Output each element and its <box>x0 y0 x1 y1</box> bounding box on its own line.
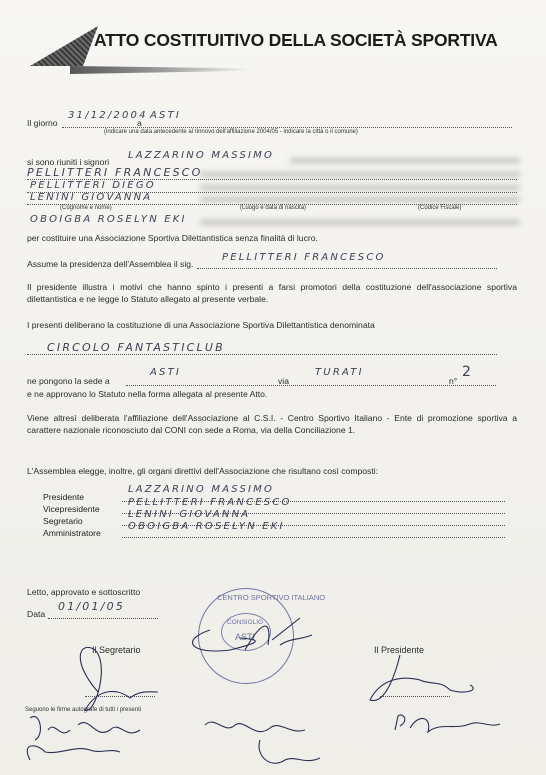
redacted-data <box>200 185 520 190</box>
seat-number: 2 <box>462 364 473 380</box>
member-name: LENINI GIOVANNA <box>30 192 152 203</box>
date-line-dots <box>62 127 512 128</box>
title-banner: ATTO COSTITUITIVO DELLA SOCIETÀ SPORTIVA <box>30 22 530 82</box>
tax-code-column-label: (Codice Fiscale) <box>418 205 461 211</box>
association-name: CIRCOLO FANTASTICLUB <box>47 341 225 354</box>
document-page: ATTO COSTITUITIVO DELLA SOCIETÀ SPORTIVA… <box>0 0 546 775</box>
officer-role: Presidente <box>43 492 84 502</box>
presidency-value: PELLITTERI FRANCESCO <box>222 252 386 263</box>
member-name: PELLITTERI DIEGO <box>30 180 156 191</box>
member-signature <box>395 715 500 732</box>
title-wedge-decoration <box>30 26 98 66</box>
redacted-data <box>200 197 520 202</box>
seat-city: ASTI <box>150 367 181 378</box>
officer-role: Segretario <box>43 516 83 526</box>
member-name: OBOIGBA ROSELYN EKI <box>30 214 187 225</box>
deliberate-text: I presenti deliberano la costituzione di… <box>27 320 375 330</box>
place-label: a <box>137 118 142 128</box>
member-name: PELLITTERI FRANCESCO <box>27 166 203 179</box>
officer-name: OBOIGBA ROSELYN EKI <box>128 521 285 532</box>
redacted-data <box>200 172 520 177</box>
secretary-signature <box>80 647 158 710</box>
place-value: ASTI <box>150 110 181 121</box>
affiliation-paragraph: Viene altresì deliberata l'affiliazione … <box>27 412 517 436</box>
name-column-label: (Cognome e nome) <box>60 205 112 211</box>
member-signature <box>259 740 320 763</box>
redacted-data <box>200 220 520 225</box>
number-label: n° <box>449 376 457 386</box>
date-label: Il giorno <box>27 118 58 128</box>
member-signature <box>27 746 120 760</box>
approval-text: e ne approvano lo Statuto nella forma al… <box>27 389 267 399</box>
purpose-text: per costituire una Associazione Sportiva… <box>27 233 318 243</box>
member-signature <box>30 716 140 740</box>
officer-name: LAZZARINO MASSIMO <box>128 484 274 495</box>
birth-column-label: (Luogo e data di nascita) <box>240 205 306 211</box>
presidency-label: Assume la presidenza dell'Assemblea il s… <box>27 259 193 269</box>
association-name-dots <box>27 354 497 355</box>
handwritten-signatures <box>0 580 546 775</box>
president-paragraph: Il presidente illustra i motivi che hann… <box>27 281 517 305</box>
bodies-text: L'Assemblea elegge, inoltre, gli organi … <box>27 466 378 476</box>
officer-name: PELLITTERI FRANCESCO <box>128 497 292 508</box>
document-title: ATTO COSTITUITIVO DELLA SOCIETÀ SPORTIVA <box>94 30 498 51</box>
member-signature <box>205 722 305 732</box>
redacted-data <box>290 158 520 163</box>
presidency-dots <box>197 268 497 269</box>
officer-dots <box>122 537 505 538</box>
stamp-signature-stroke <box>245 618 312 650</box>
title-swoosh-decoration <box>70 66 250 74</box>
president-signature <box>370 655 473 701</box>
date-hint: (indicare una data antecedente al rinnov… <box>104 129 358 135</box>
member-name: LAZZARINO MASSIMO <box>128 150 274 161</box>
street-label: via <box>278 376 289 386</box>
seat-street: TURATI <box>315 367 364 378</box>
officer-role: Amministratore <box>43 528 101 538</box>
officer-role: Vicepresidente <box>43 504 100 514</box>
officer-name: LENINI GIOVANNA <box>128 509 250 520</box>
seat-dots <box>126 385 496 386</box>
date-value: 31/12/2004 <box>68 110 148 121</box>
seat-label: ne pongono la sede a <box>27 376 110 386</box>
